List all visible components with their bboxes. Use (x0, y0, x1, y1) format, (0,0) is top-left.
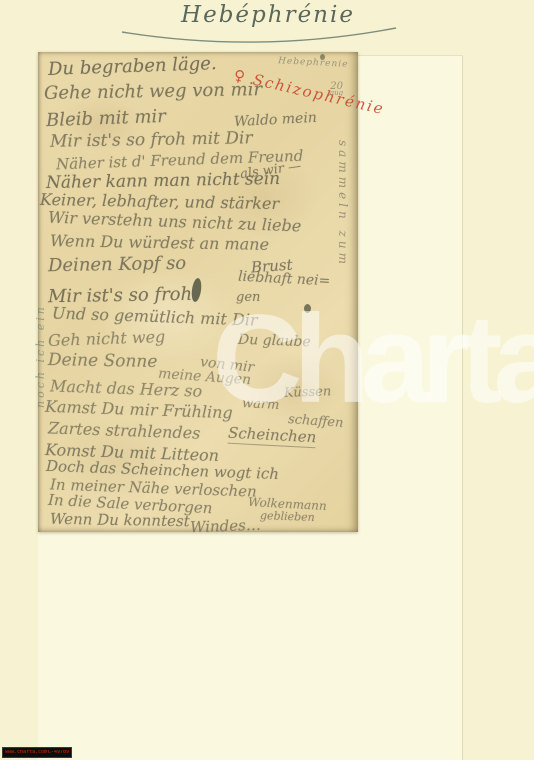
pencil-annotation: Hebephrenie (278, 56, 349, 70)
letter-line: Küssen (284, 384, 332, 401)
page-title: Hebéphrénie (181, 2, 355, 28)
ink-blot (320, 54, 325, 60)
manuscript-paper: Hebephrenie ♀ Schizophrénie 20 aug Du be… (38, 52, 358, 532)
date-month: aug (330, 90, 343, 97)
letter-line: Bleib mit mir (46, 106, 167, 131)
letter-line: Wenn Du würdest an mane (50, 231, 269, 254)
right-margin-note: sammeln zum (336, 140, 350, 268)
letter-line: geblieben (260, 509, 315, 524)
letter-line: Waldo mein (234, 110, 318, 130)
letter-line: Windes… (190, 516, 261, 536)
stock-code: C-49709 (48, 750, 69, 755)
scanned-document-photo: Hebéphrénie Hebephrenie ♀ Schizophrénie … (0, 0, 534, 760)
letter-line: Du begraben läge. (48, 53, 217, 80)
letter-line: Wenn Du konntest (50, 510, 190, 530)
stock-url: www.charta.com (5, 750, 47, 755)
document-title-wrap: Hebéphrénie (140, 2, 396, 28)
letter-line: Und so gemütlich mit Dir (52, 303, 258, 329)
letter-line: warm (242, 396, 280, 413)
letter-line: Scheinchen (228, 424, 317, 449)
letter-line: Geh nicht weg (48, 327, 166, 350)
letter-line: Deine Sonne (48, 350, 158, 372)
letter-line: liebhaft nei= (238, 269, 331, 290)
title-underline-stroke (118, 26, 400, 52)
letter-line: Deinen Kopf so (48, 253, 187, 276)
stock-watermark-bar: www.charta.com C-49709 (2, 747, 72, 758)
letter-line: Mir ist's so froh mit Dir (50, 128, 253, 152)
letter-line: Zartes strahlendes (48, 418, 201, 442)
letter-line: Gehe nicht weg von mir (44, 79, 262, 104)
ink-blot (190, 277, 202, 302)
left-margin-note: noch ich ein (34, 304, 47, 408)
ink-blot (304, 304, 311, 313)
letter-line: gen (236, 290, 260, 305)
pencil-date-annotation: 20 aug (330, 83, 343, 97)
letter-line: Du glaube (238, 332, 311, 351)
